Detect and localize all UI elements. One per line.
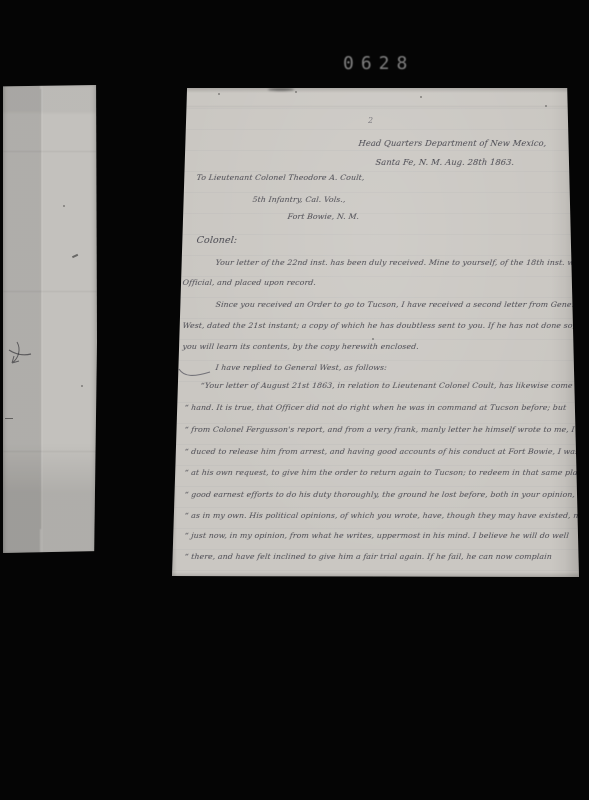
address-line: 5th Infantry, Cal. Vols.,: [252, 195, 346, 205]
paper-speck: [63, 205, 65, 207]
handwritten-line: “ good earnest efforts to do his duty th…: [184, 490, 589, 500]
handwritten-line: “ there, and have felt inclined to give …: [184, 552, 552, 562]
handwritten-line: “ at his own request, to give him the or…: [184, 468, 589, 478]
handwritten-line: you will learn its contents, by the copy…: [182, 342, 419, 352]
salutation: Colonel:: [196, 236, 238, 246]
paper-speck: [372, 338, 374, 340]
handwritten-line: “ as in my own. His political opinions, …: [184, 511, 587, 521]
pen-marks: [5, 340, 45, 374]
paper-speck: [545, 105, 547, 107]
paper-speck: [295, 91, 297, 93]
handwritten-line: Since you received an Order to go to Tuc…: [215, 300, 583, 310]
handwritten-line: Your letter of the 22nd inst. has been d…: [215, 258, 584, 268]
paper-crease: [3, 151, 97, 152]
paper-crease: [178, 106, 574, 107]
handwritten-line: Official, and placed upon record.: [182, 278, 317, 288]
letter-heading-line: Head Quarters Department of New Mexico,: [358, 138, 547, 148]
page-number-mark: 2: [368, 116, 373, 125]
letter-page: 2 Head Quarters Department of New Mexico…: [172, 88, 579, 578]
edge-smudge: [268, 88, 294, 91]
pen-tick: [5, 418, 13, 419]
handwritten-line: “Your letter of August 21st 1863, in rel…: [200, 381, 584, 391]
previous-page-sliver: [3, 85, 97, 553]
paper-speck: [81, 385, 83, 387]
handwritten-line: “ just now, in my opinion, from what he …: [184, 531, 569, 541]
paper-crease: [3, 451, 97, 452]
paper-speck: [420, 96, 422, 98]
handwritten-line: I have replied to General West, as follo…: [215, 363, 387, 373]
letter-dateline: Santa Fe, N. M. Aug. 28th 1863.: [375, 157, 515, 167]
handwritten-line: West, dated the 21st instant; a copy of …: [182, 321, 576, 331]
address-line: To Lieutenant Colonel Theodore A. Coult,: [196, 173, 365, 183]
ink-flourish: [178, 364, 212, 378]
frame-number-stamp: 0628: [343, 53, 414, 74]
page-fold-line: [40, 89, 41, 529]
paper-crease: [3, 291, 97, 292]
handwritten-line: “ hand. It is true, that Officer did not…: [184, 403, 567, 413]
pen-tick: [72, 254, 78, 258]
address-line: Fort Bowie, N. M.: [287, 212, 360, 222]
paper-speck: [218, 93, 220, 95]
scanned-document-frame: 0628 2 Head Quarters Department of New M…: [0, 0, 589, 800]
handwritten-line: “ from Colonel Fergusson's report, and f…: [184, 425, 589, 435]
handwritten-line: “ duced to release him from arrest, and …: [184, 447, 589, 457]
